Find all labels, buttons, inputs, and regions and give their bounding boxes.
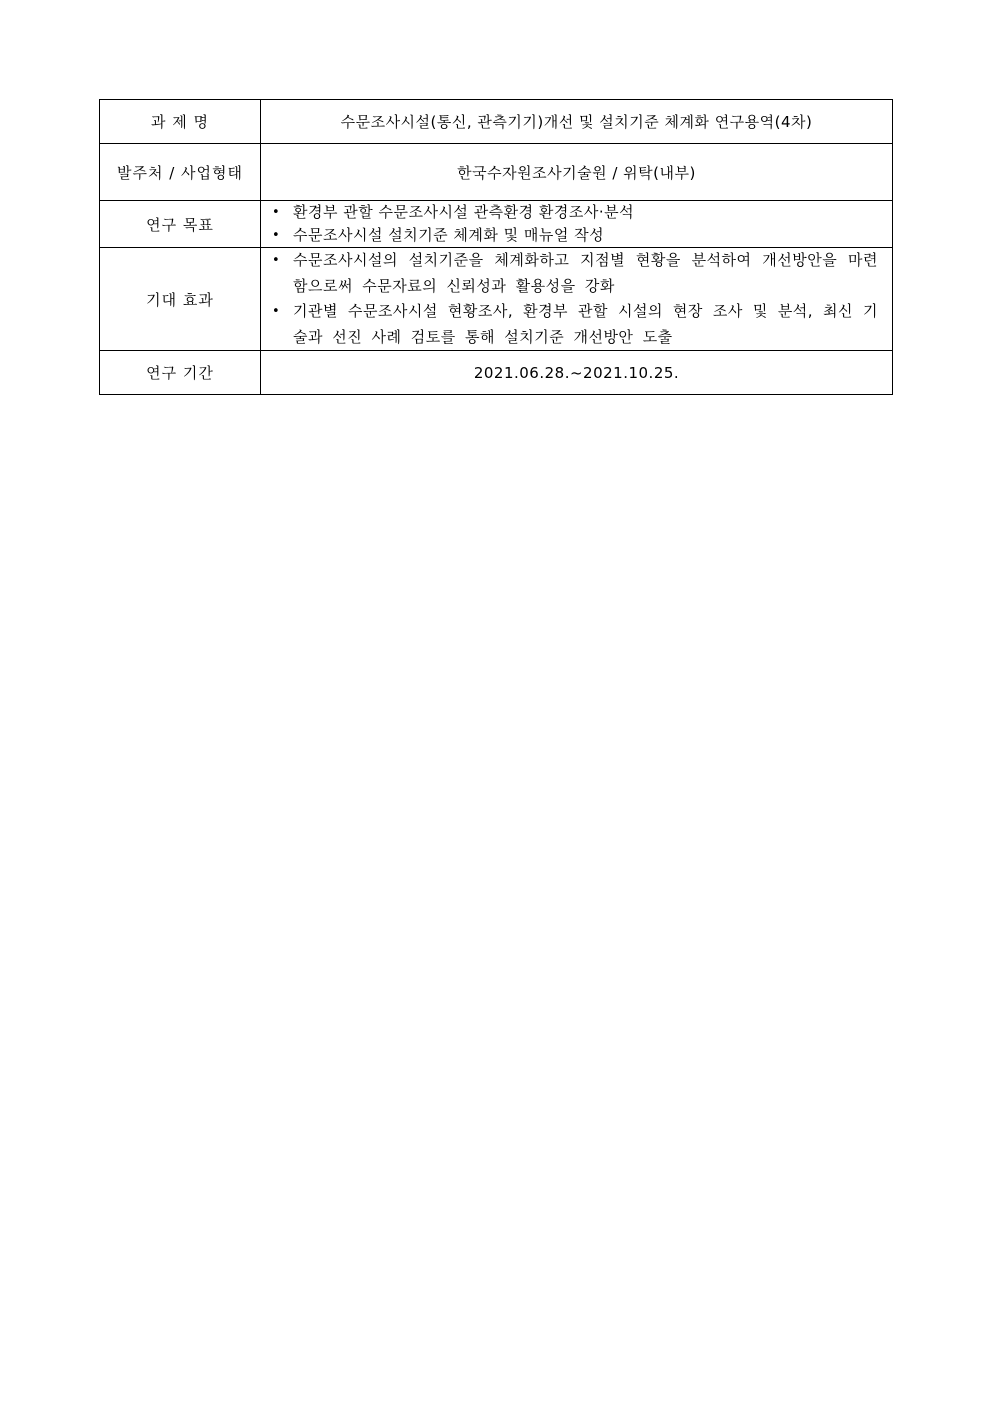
value-client: 한국수자원조사기술원 / 위탁(내부) bbox=[261, 144, 893, 201]
research-goal-list: • 환경부 관할 수문조사시설 관측환경 환경조사·분석 • 수문조사시설 설치… bbox=[261, 201, 892, 247]
table-row-expected-effect: 기대 효과 • 수문조사시설의 설치기준을 체계화하고 지점별 현황을 분석하여… bbox=[100, 248, 893, 351]
value-expected-effect: • 수문조사시설의 설치기준을 체계화하고 지점별 현황을 분석하여 개선방안을… bbox=[261, 248, 893, 351]
table-row-research-goal: 연구 목표 • 환경부 관할 수문조사시설 관측환경 환경조사·분석 • 수문조… bbox=[100, 201, 893, 248]
table-row-client: 발주처 / 사업형태 한국수자원조사기술원 / 위탁(내부) bbox=[100, 144, 893, 201]
list-item: • 기관별 수문조사시설 현황조사, 환경부 관할 시설의 현장 조사 및 분석… bbox=[269, 299, 878, 350]
table-row-project-title: 과 제 명 수문조사시설(통신, 관측기기)개선 및 설치기준 체계화 연구용역… bbox=[100, 100, 893, 144]
bullet-text: 수문조사시설 설치기준 체계화 및 매뉴얼 작성 bbox=[293, 226, 604, 244]
value-project-title: 수문조사시설(통신, 관측기기)개선 및 설치기준 체계화 연구용역(4차) bbox=[261, 100, 893, 144]
expected-effect-list: • 수문조사시설의 설치기준을 체계화하고 지점별 현황을 분석하여 개선방안을… bbox=[261, 248, 892, 350]
label-research-period: 연구 기간 bbox=[100, 351, 261, 395]
label-client: 발주처 / 사업형태 bbox=[100, 144, 261, 201]
project-summary-table: 과 제 명 수문조사시설(통신, 관측기기)개선 및 설치기준 체계화 연구용역… bbox=[99, 99, 893, 395]
label-research-goal: 연구 목표 bbox=[100, 201, 261, 248]
label-expected-effect: 기대 효과 bbox=[100, 248, 261, 351]
bullet-icon: • bbox=[272, 248, 280, 274]
bullet-text: 환경부 관할 수문조사시설 관측환경 환경조사·분석 bbox=[293, 203, 634, 221]
value-research-goal: • 환경부 관할 수문조사시설 관측환경 환경조사·분석 • 수문조사시설 설치… bbox=[261, 201, 893, 248]
list-item: • 수문조사시설 설치기준 체계화 및 매뉴얼 작성 bbox=[269, 224, 878, 247]
bullet-icon: • bbox=[272, 299, 280, 325]
list-item: • 수문조사시설의 설치기준을 체계화하고 지점별 현황을 분석하여 개선방안을… bbox=[269, 248, 878, 299]
value-research-period: 2021.06.28.~2021.10.25. bbox=[261, 351, 893, 395]
bullet-icon: • bbox=[272, 224, 280, 247]
list-item: • 환경부 관할 수문조사시설 관측환경 환경조사·분석 bbox=[269, 201, 878, 224]
bullet-text: 수문조사시설의 설치기준을 체계화하고 지점별 현황을 분석하여 개선방안을 마… bbox=[293, 251, 878, 295]
label-project-title: 과 제 명 bbox=[100, 100, 261, 144]
bullet-text: 기관별 수문조사시설 현황조사, 환경부 관할 시설의 현장 조사 및 분석, … bbox=[293, 302, 878, 346]
bullet-icon: • bbox=[272, 201, 280, 224]
table-row-research-period: 연구 기간 2021.06.28.~2021.10.25. bbox=[100, 351, 893, 395]
